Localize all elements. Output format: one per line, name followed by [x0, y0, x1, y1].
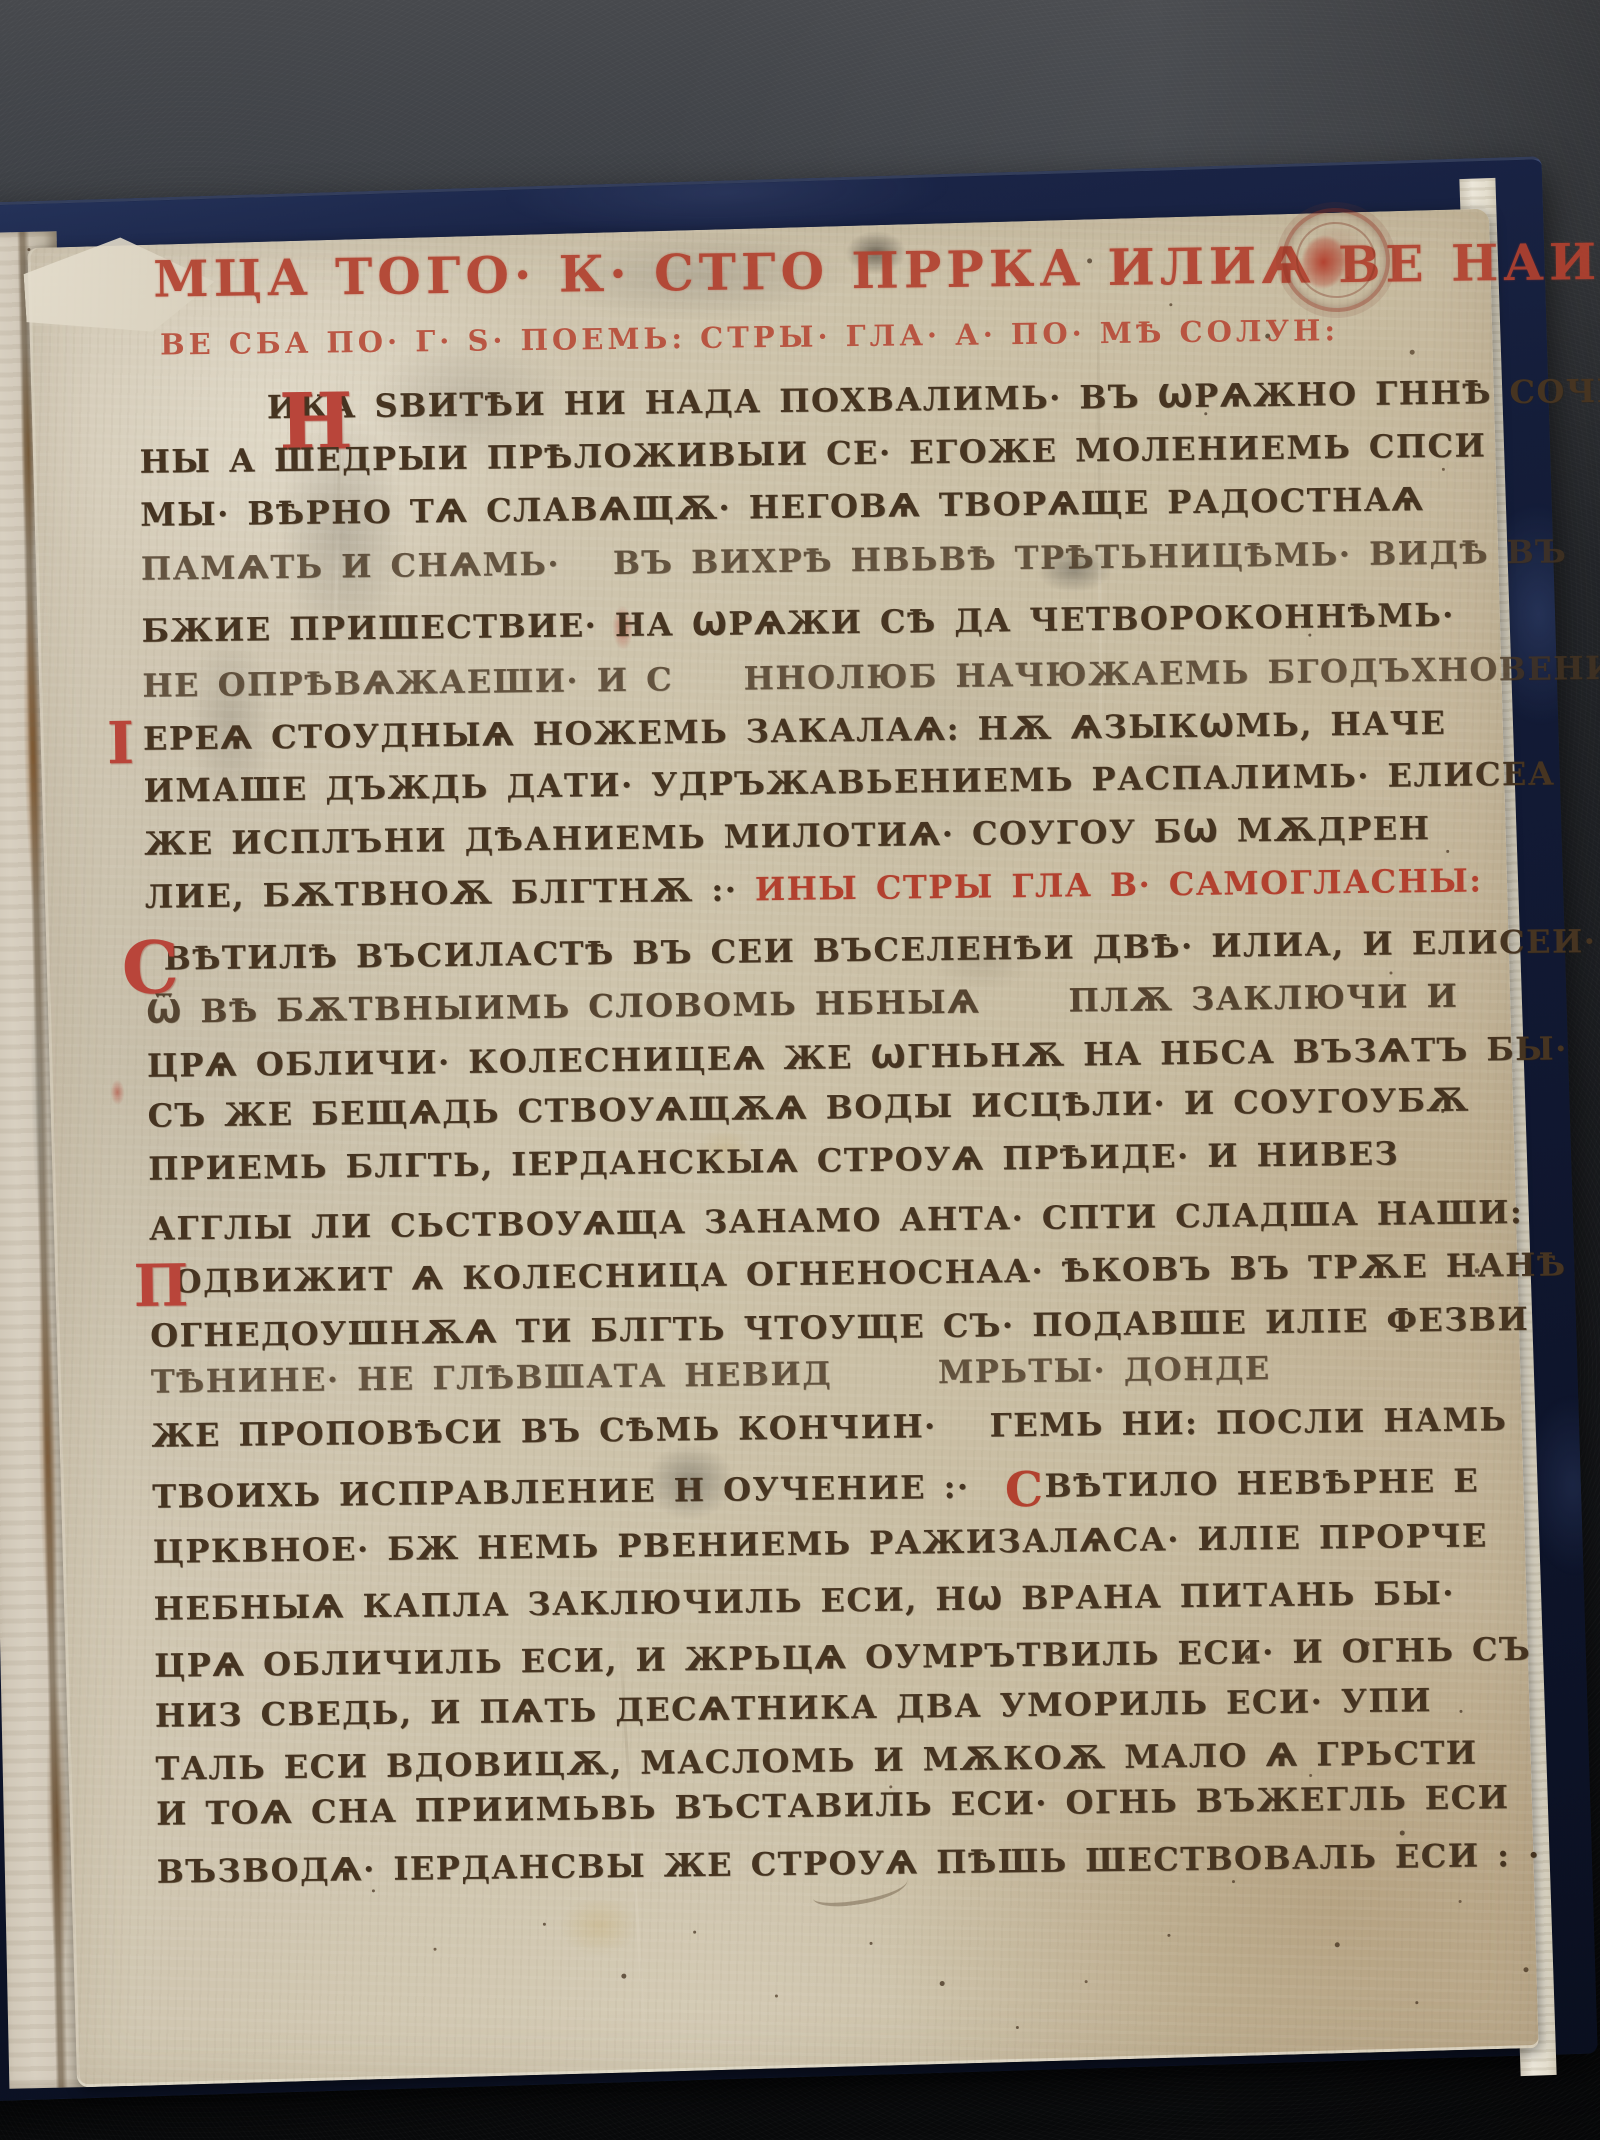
line-text: НЕБНЫѦ КАПЛА ЗАКЛЮЧИЛЬ ЕСИ, НѠ ВРАНА ПИТ… — [153, 1574, 1455, 1628]
text-line: ІЕРЕѦ СТОУДНЫѦ НОЖЕМЬ ЗАКАЛАѦ: НѪ ѦЗЫКѠМ… — [143, 703, 1495, 758]
line-text: МЫ· ВѢРНО ТѦ СЛАВѦЩѪ· НЕГОВѦ ТВОРѦЩЕ РАД… — [140, 480, 1425, 534]
text-line: Ѿ ВѢ БѪТВНЫИМЬ СЛОВОМЬ НБНЫѦ ПЛѪ ЗАКЛЮЧИ… — [146, 976, 1498, 1031]
text-line: ТѢНИНЕ· НЕ ГЛѢВШАТА НЕВИД МРЬТЫ· ДОНДЕ — [151, 1346, 1503, 1401]
text-line: И ТОѦ СНА ПРИИМЬВЬ ВЪСТАВИЛЬ ЕСИ· ОГНЬ В… — [156, 1778, 1508, 1833]
illuminated-initial: П — [109, 1256, 190, 1315]
rubric-inline: ИНЫ СТРЫ ГЛА В· САМОГЛАСНЫ: — [755, 861, 1483, 908]
line-text: ВѢТИЛѢ ВЪСИЛАСТѢ ВЪ СЕИ ВЪСЕЛЕНѢИ ДВѢ· И… — [163, 922, 1596, 978]
line-text: НИЗ СВЕДЬ, И ПѦТЬ ДЕСѦТНИКА ДВА УМОРИЛЬ … — [155, 1681, 1432, 1735]
rubric-subtitle: ВЕ СБА ПО· Г· Ѕ· ПОЕМЬ: СТРЫ· ГЛА· А· ПО… — [160, 312, 1460, 362]
line-text: АГГЛЫ ЛИ СЬСТВОУѦЩА ЗАНАМО АНТА· СПТИ СЛ… — [149, 1193, 1524, 1248]
line-text: ПАМѦТЬ И СНѦМЬ· ВЪ ВИХРѢ НВЬВѢ ТРѢТЬНИЦѢ… — [141, 532, 1568, 587]
line-text: БЖИЕ ПРИШЕСТВИЕ· НА ѠРѦЖИ СѢ ДА ЧЕТВОРОК… — [141, 596, 1455, 650]
line-text: ВѢТИЛО НЕВѢРНЕ Е — [1044, 1462, 1479, 1505]
text-line: НЕБНЫѦ КАПЛА ЗАКЛЮЧИЛЬ ЕСИ, НѠ ВРАНА ПИТ… — [153, 1573, 1505, 1628]
manuscript-photo: МЦА ТОГО· К· СТГО ПРРКА ИЛИѦ ВЕ НАИ ВЕ С… — [0, 0, 1600, 2140]
text-line: МЫ· ВѢРНО ТѦ СЛАВѦЩѪ· НЕГОВѦ ТВОРѦЩЕ РАД… — [140, 479, 1492, 534]
line-text: ЖЕ ИСПЛЪНИ ДѢАНИЕМЬ МИЛОТИѦ· СОУГОУ БѠ М… — [144, 809, 1431, 863]
parchment-page: МЦА ТОГО· К· СТГО ПРРКА ИЛИѦ ВЕ НАИ ВЕ С… — [27, 209, 1538, 2088]
line-text: НЕ ОПРѢВѦЖАЕШИ· И С ННОЛЮБ НАЧЮЖАЕМЬ БГО… — [142, 648, 1600, 705]
text-block: МЦА ТОГО· К· СТГО ПРРКА ИЛИѦ ВЕ НАИ ВЕ С… — [41, 219, 1525, 2077]
text-line: ЖЕ ИСПЛЪНИ ДѢАНИЕМЬ МИЛОТИѦ· СОУГОУ БѠ М… — [144, 808, 1496, 863]
line-text: ИКА ЅВИТѢИ НИ НАДА ПОХВАЛИМЬ· ВЪ ѠРѦЖНО … — [267, 372, 1600, 427]
text-line: ВЪЗВОДѦ· ІЕРДАНСВЫ ЖЕ СТРОУѦ ПѢШЬ ШЕСТВО… — [157, 1836, 1509, 1891]
text-line: ОГНЕДОУШНѪѦ ТИ БЛГТЬ ЧТОУЩЕ СЪ· ПОДАВШЕ … — [150, 1300, 1502, 1355]
text-line: СЪ ЖЕ БЕЩѦДЬ СТВОУѦЩѪѦ ВОДЫ ИСЦѢЛИ· И СО… — [147, 1080, 1499, 1135]
line-text: ПРИЕМЬ БЛГТЬ, ІЕРДАНСКЫѦ СТРОУѦ ПРѢИДЕ· … — [148, 1134, 1399, 1187]
text-line: ЦРѦ ОБЛИЧИЛЬ ЕСИ, И ЖРЬЦѦ ОУМРЪТВИЛЬ ЕСИ… — [154, 1630, 1506, 1685]
text-line: ПОДВИЖИТ Ѧ КОЛЕСНИЦА ОГНЕНОСНАА· ѢКОВЪ В… — [149, 1246, 1501, 1301]
line-text: ТВОИХЬ ИСПРАВЛЕНИЕ Н ОУЧЕНИЕ :· — [152, 1467, 1005, 1515]
line-text: ОДВИЖИТ Ѧ КОЛЕСНИЦА ОГНЕНОСНАА· ѢКОВЪ ВЪ… — [173, 1245, 1566, 1300]
line-text: СЪ ЖЕ БЕЩѦДЬ СТВОУѦЩѪѦ ВОДЫ ИСЦѢЛИ· И СО… — [147, 1081, 1470, 1135]
line-text: ТѢНИНЕ· НЕ ГЛѢВШАТА НЕВИД МРЬТЫ· ДОНДЕ — [151, 1349, 1271, 1401]
line-text: ИМАШЕ ДЪЖДЬ ДАТИ· УДРЪЖАВЬЕНИЕМЬ РАСПАЛИ… — [143, 755, 1555, 810]
text-line: БЖИЕ ПРИШЕСТВИЕ· НА ѠРѦЖИ СѢ ДА ЧЕТВОРОК… — [141, 595, 1493, 650]
text-line: ТАЛЬ ЕСИ ВДОВИЦѪ, МАСЛОМЬ И МѪКОѪ МАЛО Ѧ… — [155, 1733, 1507, 1788]
text-line: ИМАШЕ ДЪЖДЬ ДАТИ· УДРЪЖАВЬЕНИЕМЬ РАСПАЛИ… — [143, 755, 1495, 810]
line-text: ЦРѦ ОБЛИЧИ· КОЛЕСНИЦЕѦ ЖЕ ѠГНЬНѪ НА НБСА… — [147, 1029, 1568, 1084]
text-line: ПАМѦТЬ И СНѦМЬ· ВЪ ВИХРѢ НВЬВѢ ТРѢТЬНИЦѢ… — [141, 533, 1493, 588]
text-line: СВѢТИЛѢ ВЪСИЛАСТѢ ВЪ СЕИ ВЪСЕЛЕНѢИ ДВѢ· … — [145, 923, 1497, 978]
text-line: НЕ ОПРѢВѦЖАЕШИ· И С ННОЛЮБ НАЧЮЖАЕМЬ БГО… — [142, 650, 1494, 705]
illuminated-initial-inline: С — [1005, 1462, 1045, 1518]
text-line: ЦРѦ ОБЛИЧИ· КОЛЕСНИЦЕѦ ЖЕ ѠГНЬНѪ НА НБСА… — [147, 1030, 1499, 1085]
text-line: НИЗ СВЕДЬ, И ПѦТЬ ДЕСѦТНИКА ДВА УМОРИЛЬ … — [155, 1680, 1507, 1735]
text-line: ПРИЕМЬ БЛГТЬ, ІЕРДАНСКЫѦ СТРОУѦ ПРѢИДЕ· … — [148, 1133, 1500, 1188]
line-text: ЕРЕѦ СТОУДНЫѦ НОЖЕМЬ ЗАКАЛАѦ: НѪ ѦЗЫКѠМЬ… — [143, 704, 1447, 758]
text-line: ЖЕ ПРОПОВѢСИ ВЪ СѢМЬ КОНЧИН· ГЕМЬ НИ: ПО… — [151, 1400, 1503, 1455]
line-text: ЛИЕ, БѪТВНОѪ БЛГТНѪ :· — [145, 870, 756, 915]
line-text: ЦРѦ ОБЛИЧИЛЬ ЕСИ, И ЖРЬЦѦ ОУМРЪТВИЛЬ ЕСИ… — [154, 1630, 1531, 1685]
text-line: ЛИЕ, БѪТВНОѪ БЛГТНѪ :· ИНЫ СТРЫ ГЛА В· С… — [145, 861, 1497, 916]
line-text: ВЪЗВОДѦ· ІЕРДАНСВЫ ЖЕ СТРОУѦ ПѢШЬ ШЕСТВО… — [157, 1836, 1541, 1891]
line-text: ОГНЕДОУШНѪѦ ТИ БЛГТЬ ЧТОУЩЕ СЪ· ПОДАВШЕ … — [150, 1300, 1529, 1355]
text-line: НИКА ЅВИТѢИ НИ НАДА ПОХВАЛИМЬ· ВЪ ѠРѦЖНО… — [139, 373, 1491, 428]
line-text: Ѿ ВѢ БѪТВНЫИМЬ СЛОВОМЬ НБНЫѦ ПЛѪ ЗАКЛЮЧИ… — [146, 977, 1458, 1031]
line-text: ЖЕ ПРОПОВѢСИ ВЪ СѢМЬ КОНЧИН· ГЕМЬ НИ: ПО… — [151, 1400, 1507, 1455]
line-text: И ТОѦ СНА ПРИИМЬВЬ ВЪСТАВИЛЬ ЕСИ· ОГНЬ В… — [156, 1778, 1510, 1833]
text-line: АГГЛЫ ЛИ СЬСТВОУѦЩА ЗАНАМО АНТА· СПТИ СЛ… — [149, 1193, 1501, 1248]
line-text: ТАЛЬ ЕСИ ВДОВИЦѪ, МАСЛОМЬ И МѪКОѪ МАЛО Ѧ… — [155, 1734, 1477, 1788]
illuminated-initial: І — [107, 714, 136, 772]
